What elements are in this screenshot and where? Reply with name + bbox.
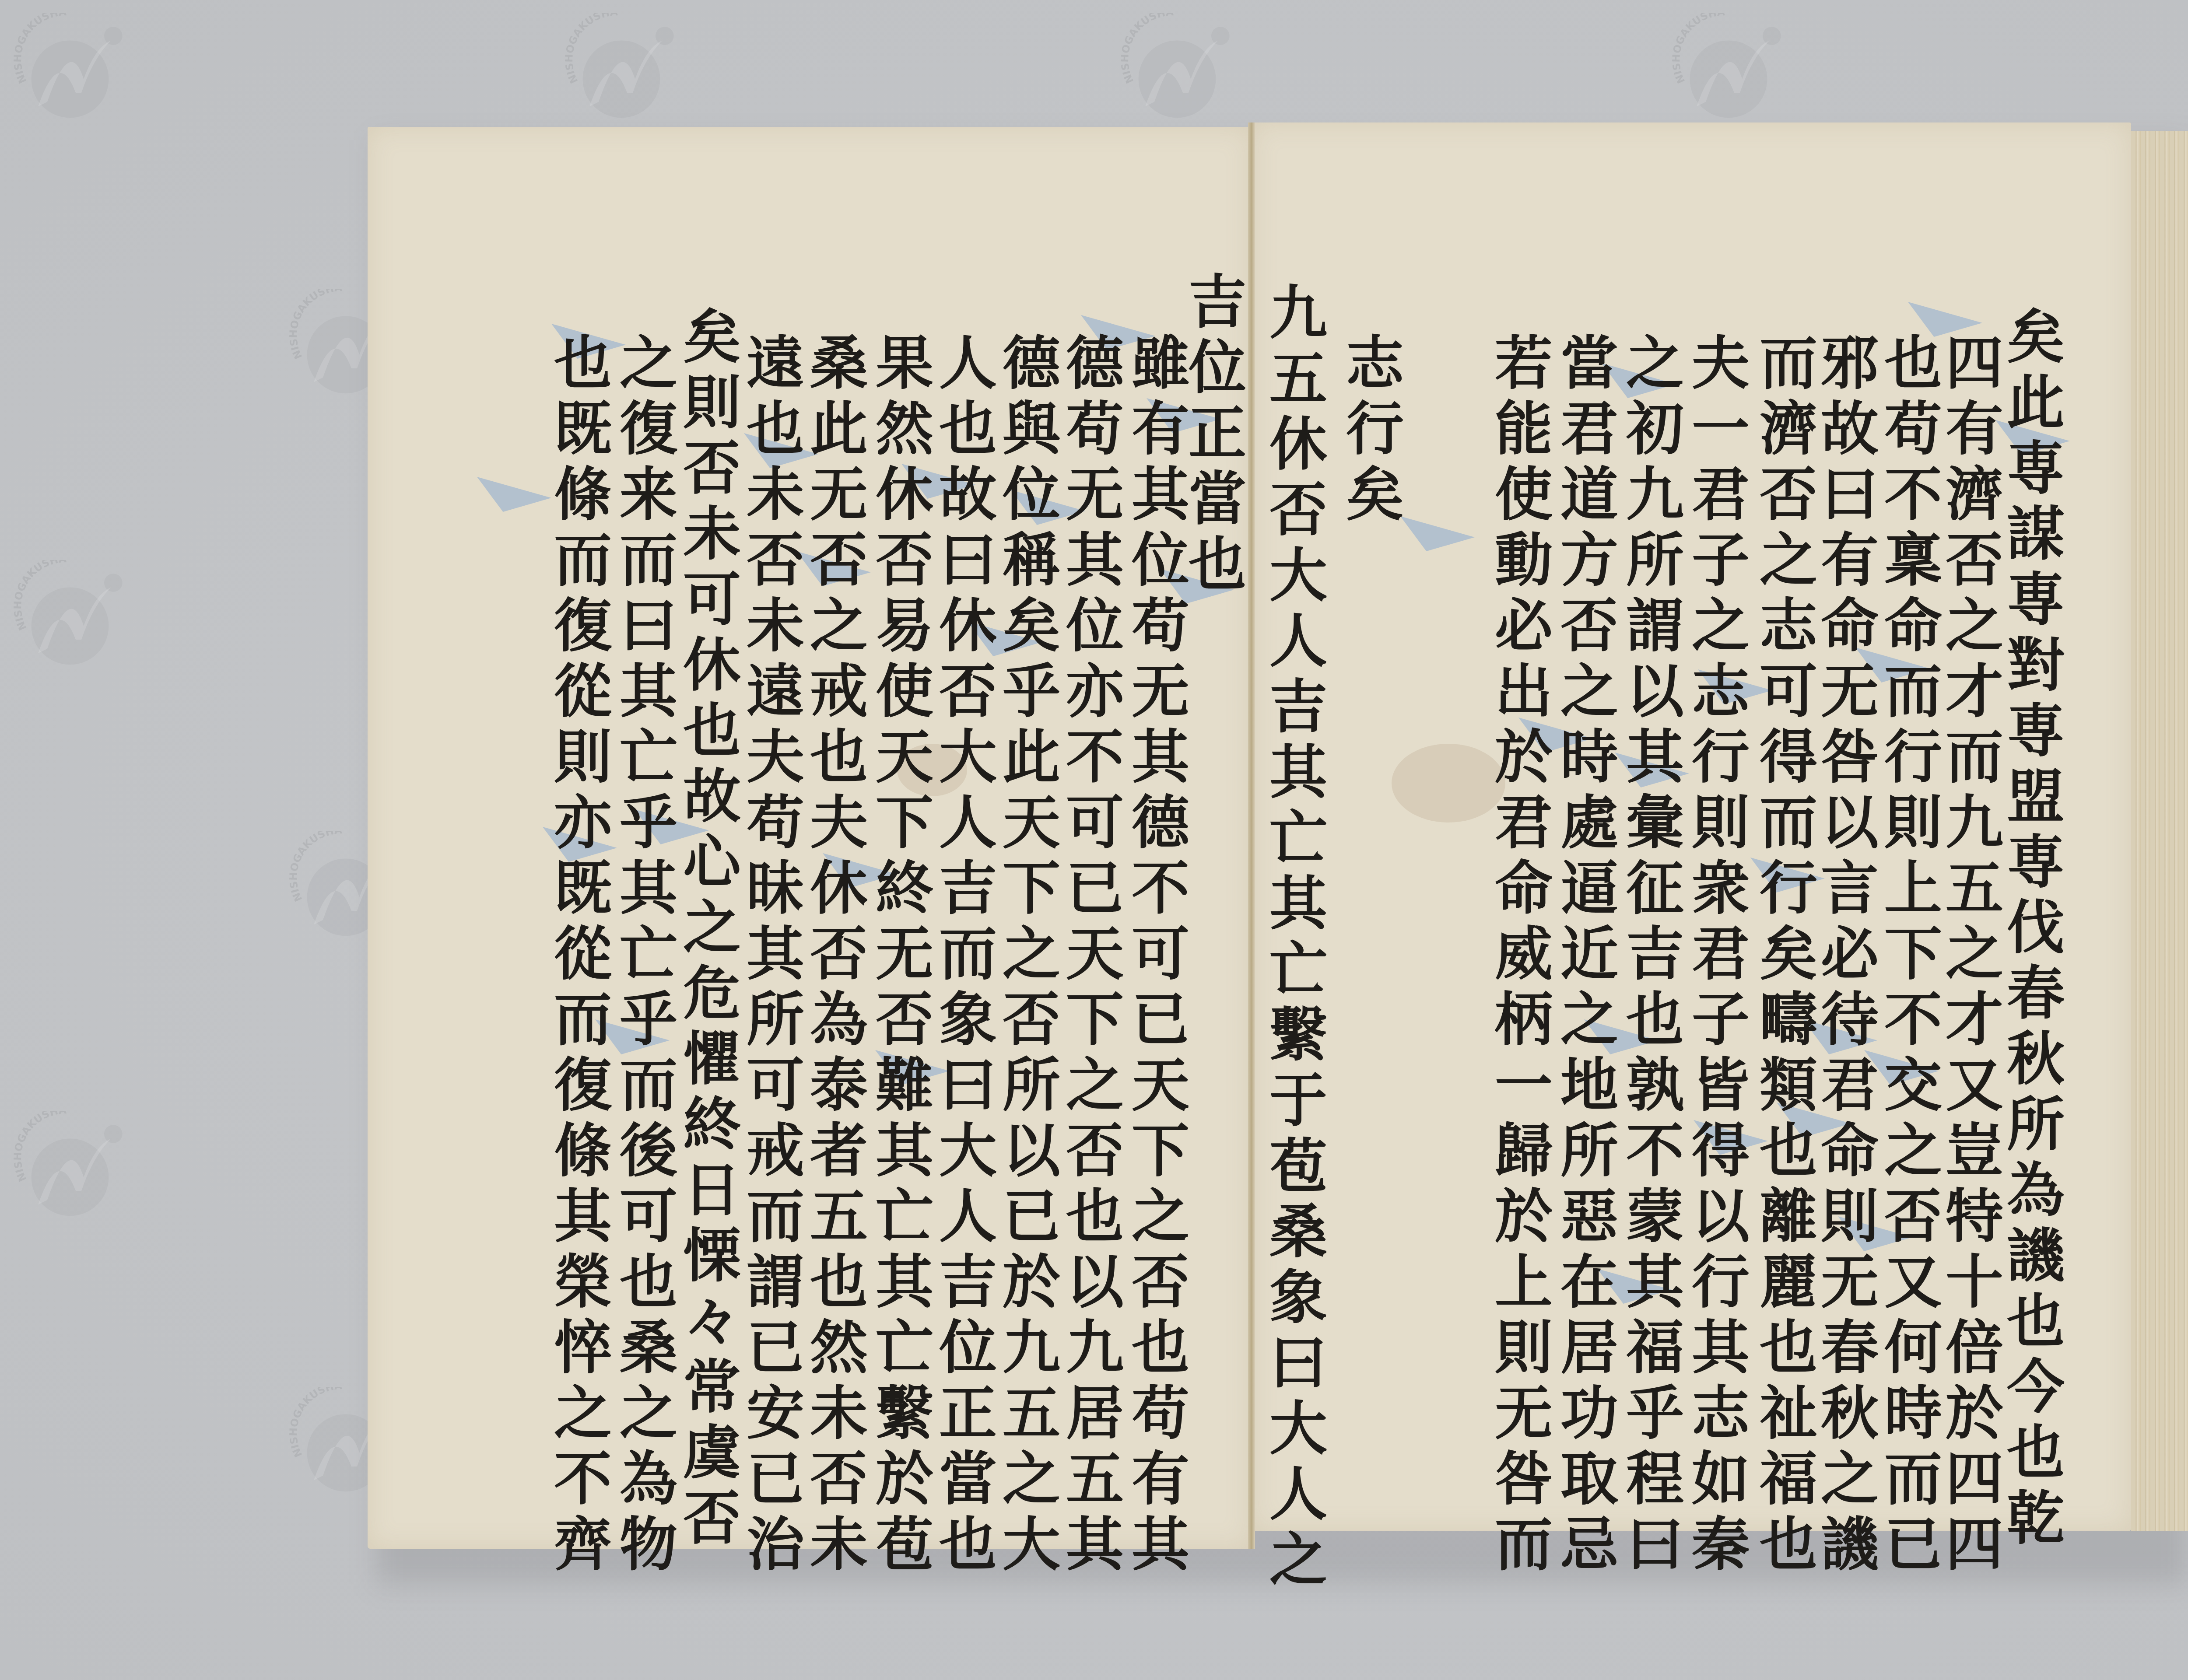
right-page-text-column: 邪故曰有命无咎以言必待君命則无春秋之譏 — [1816, 332, 1873, 1579]
right-page-text-column: 志行矣 — [1341, 332, 1399, 529]
book-spine — [1248, 122, 1255, 1549]
left-page-text-column: 果然休否易使天下終无否難其亡其亡繫於苞 — [870, 332, 928, 1579]
right-page-text-column: 當君道方否之時處逼近之地所惡在居功取忌 — [1555, 332, 1613, 1579]
left-page-text-column: 桑此无否之戒也夫休否為泰者五也然未否未 — [805, 332, 863, 1579]
right-page-text-column: 也苟不稟命而行則上下不交之否又何時而已 — [1879, 332, 1937, 1579]
right-page-text-column: 若能使動必出於君命威柄一歸於上則无咎而 — [1490, 332, 1547, 1579]
right-page-text-column: 四有濟否之才而九五之才又豈特十倍於四四 — [1940, 332, 1998, 1579]
page-edges — [2131, 131, 2188, 1531]
left-page-text-column: 吉位正當也 — [1183, 271, 1241, 599]
right-page-text-column: 夫一君子之志行則衆君子皆得以行其志如秦 — [1687, 332, 1744, 1579]
left-page-text-column: 德與位稱矣乎此天下之否所以已於九五之大 — [997, 332, 1055, 1579]
right-page-text-column: 九五休否大人吉其亡其亡繫于苞桑象曰大人之 — [1264, 282, 1322, 1595]
left-page-text-column: 也既條而復從則亦既從而復條其榮悴之不齊 — [549, 332, 607, 1579]
right-page-text-column: 之初九所謂以其彙征吉也孰不蒙其福乎程曰 — [1621, 332, 1679, 1579]
left-page-text-column: 之復来而曰其亡乎其亡乎而後可也桑之為物 — [614, 332, 672, 1579]
left-page-text-column: 人也故曰休否大人吉而象曰大人吉位正當也 — [934, 332, 992, 1579]
right-page-text-column: 而濟否之志可得而行矣疇類也離麗也祉福也 — [1754, 332, 1812, 1579]
left-page-text-column: 雖有其位苟无其德不可已天下之否也苟有其 — [1126, 332, 1184, 1579]
left-page-text-column: 矣則否未可休也故心之危懼終日慄々常虞否 — [678, 306, 736, 1553]
left-page-text-column: 德苟无其位亦不可已天下之否也以九居五其 — [1061, 332, 1119, 1579]
left-page-text-column: 遠也未否未遠夫苟昧其所可戒而謂已安已治 — [741, 332, 799, 1579]
right-page-text-column: 矣此専謀専對専盟専伐春秋所為譏也今也乾 — [2002, 306, 2059, 1553]
